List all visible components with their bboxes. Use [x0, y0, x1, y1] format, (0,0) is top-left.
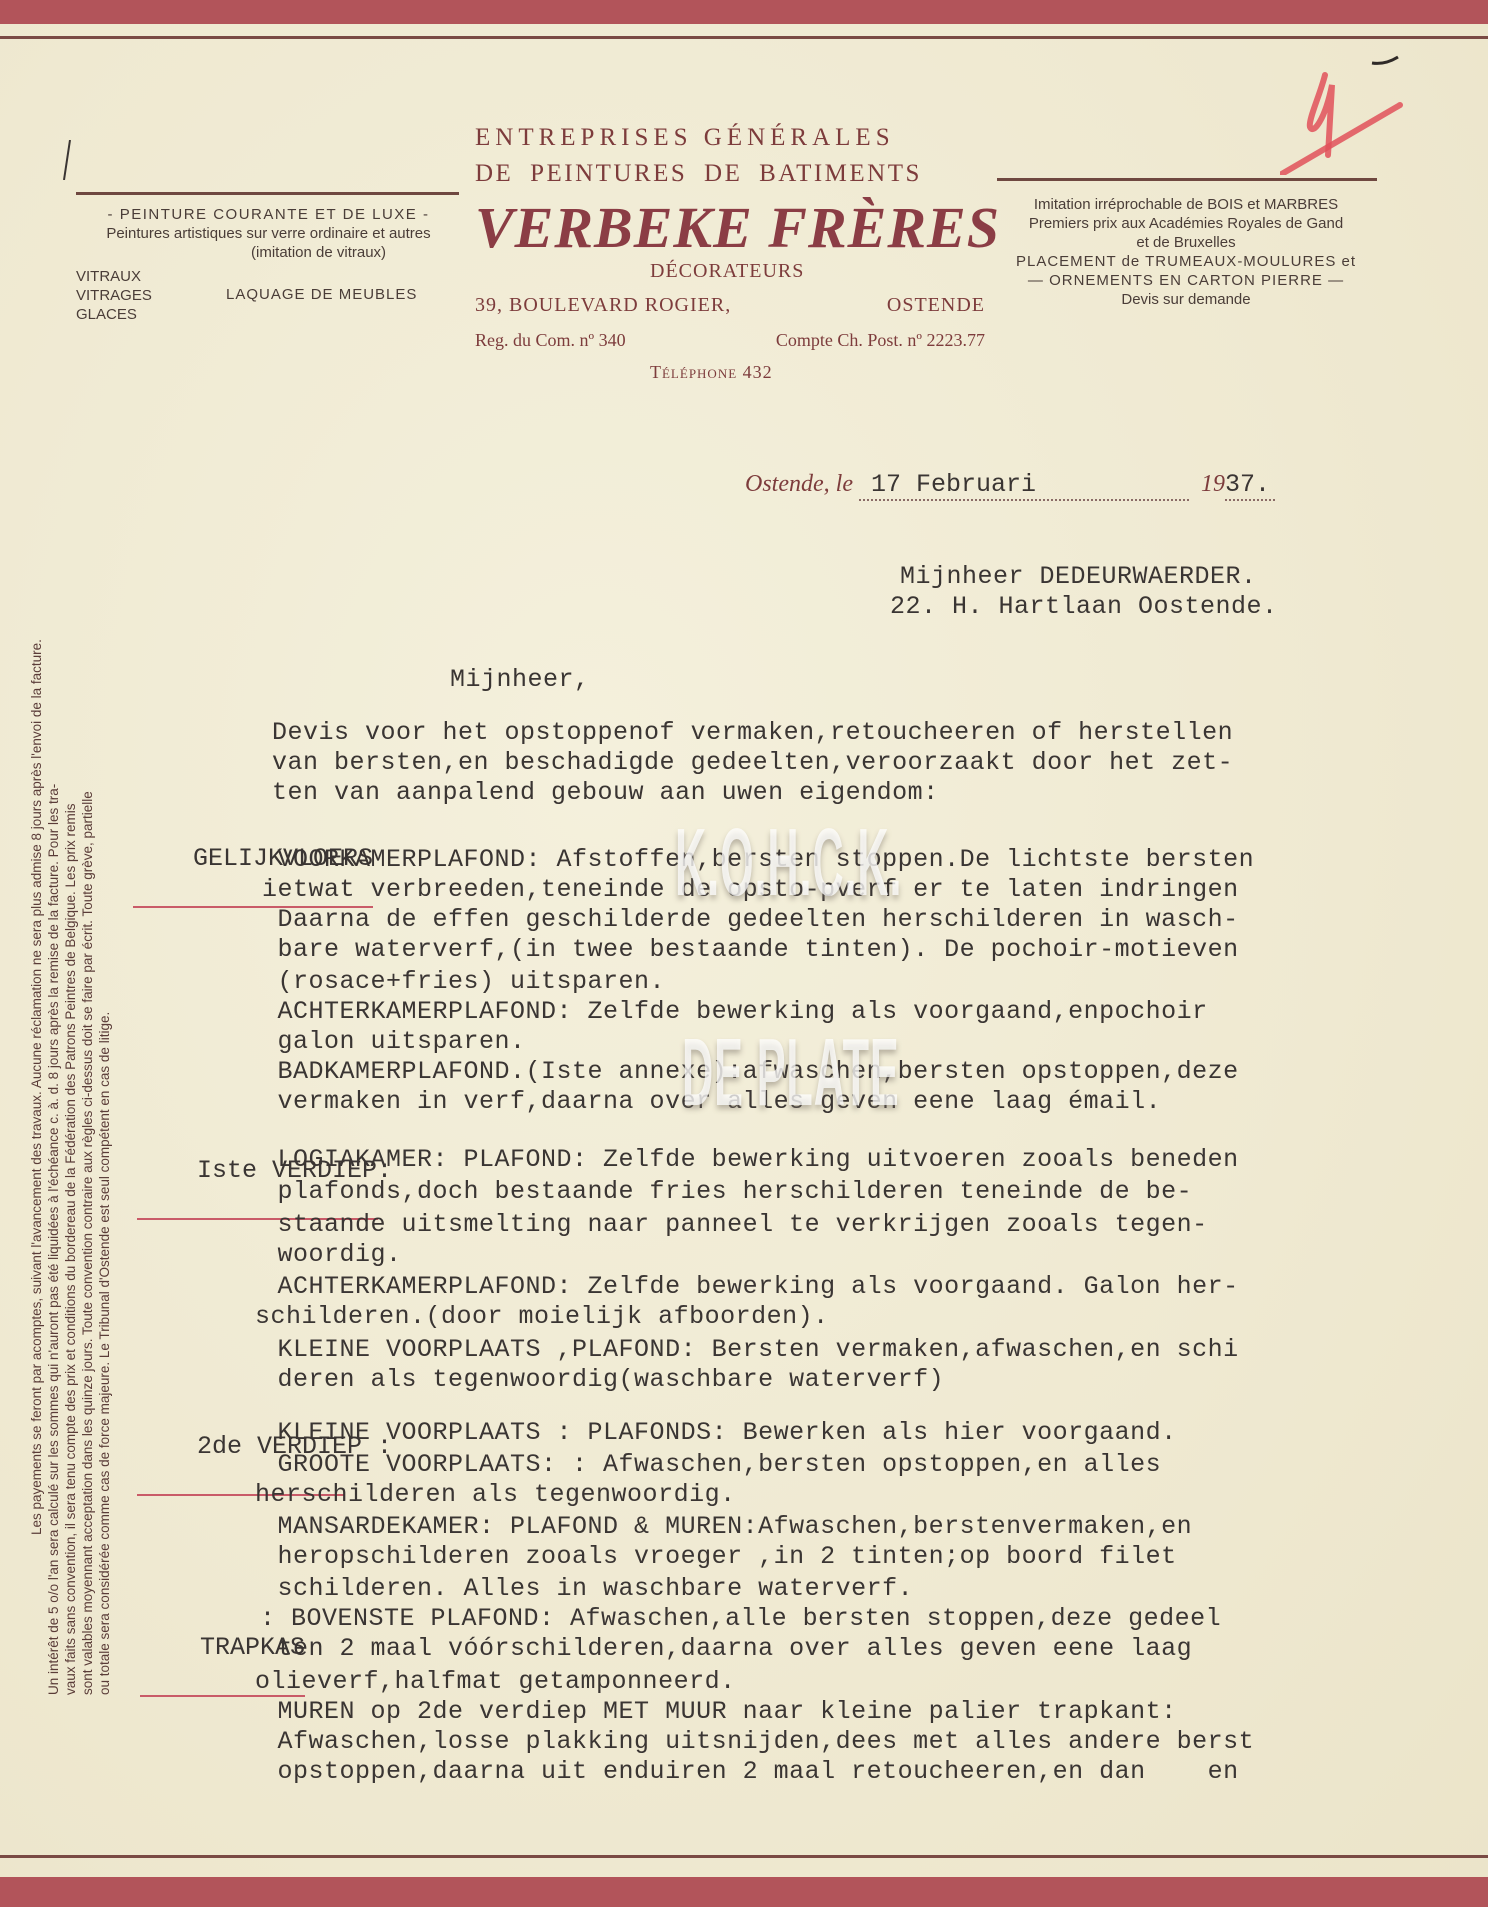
left-services-line3: (imitation de vitraux) [76, 243, 461, 262]
salutation: Mijnheer, [450, 665, 590, 694]
terms-line3: vaux faits sans convention, il sera tenu… [62, 515, 79, 1695]
red-pencil-mark-icon [1280, 65, 1420, 175]
recipient-address: 22. H. Hartlaan Oostende. [890, 592, 1278, 621]
left-services-line2: Peintures artistiques sur verre ordinair… [76, 224, 461, 243]
company-registration: Reg. du Com. nº 340 Compte Ch. Post. nº … [475, 330, 985, 351]
bottom-border-rule [0, 1855, 1488, 1858]
section-line: Afwaschen,losse plakking uitsnijden,dees… [262, 1727, 1254, 1756]
section-line: bare waterverf,(in twee bestaande tinten… [262, 935, 1239, 964]
section-line: schilderen.(door moielijk afboorden). [255, 1302, 829, 1331]
right-services-line5: — ORNEMENTS EN CARTON PIERRE — [995, 271, 1377, 290]
section-line: olieverf,halfmat getamponneerd. [255, 1667, 736, 1696]
terms-line4: sont valables moyennant acceptation dans… [79, 515, 96, 1695]
date-line: Ostende, le 17 Februari 1937. [745, 470, 1275, 501]
company-telephone: Téléphone 432 [650, 362, 773, 383]
corner-mark-icon [1370, 55, 1400, 65]
address-city: OSTENDE [887, 294, 985, 317]
date-century: 19 [1201, 471, 1225, 497]
service-glaces: GLACES [76, 305, 226, 324]
bottom-border-band [0, 1877, 1488, 1907]
date-year: 37. [1225, 470, 1270, 499]
watermark-top: K.O.H.C.K. [675, 808, 902, 918]
terms-line5: ou totale sera considérée comme cas de f… [96, 515, 113, 1695]
left-services-line1: - PEINTURE COURANTE ET DE LUXE - [76, 205, 461, 224]
terms-line2: Un intérêt de 5 o/o l'an sera calculé su… [45, 515, 62, 1695]
section-line: heropschilderen zooals vroeger ,in 2 tin… [262, 1542, 1177, 1571]
terms-line1: Les payements se feront par acomptes, su… [28, 515, 45, 1695]
scan-margin [0, 1907, 1488, 1920]
right-services-line6: Devis sur demande [995, 290, 1377, 309]
section-line: woordig. [262, 1240, 402, 1269]
section-line: (rosace+fries) uitsparen. [262, 967, 665, 996]
postal-account: Compte Ch. Post. nº 2223.77 [776, 330, 985, 351]
section-line: MANSARDEKAMER: PLAFOND & MUREN:Afwaschen… [262, 1512, 1192, 1541]
section-line: ten 2 maal vóórschilderen,daarna over al… [262, 1634, 1192, 1663]
watermark-bottom: DE PLATE [682, 1018, 900, 1128]
header-right-rule [997, 178, 1377, 181]
section-line: opstoppen,daarna uit enduiren 2 maal ret… [262, 1757, 1239, 1786]
company-title-line2: DE PEINTURES DE BATIMENTS [475, 160, 922, 188]
service-vitraux: VITRAUX [76, 267, 226, 286]
section-line: : BOVENSTE PLAFOND: Afwaschen,alle berst… [260, 1604, 1221, 1633]
company-address: 39, BOULEVARD ROGIER, OSTENDE [475, 294, 985, 317]
section-line: MUREN op 2de verdiep MET MUUR naar klein… [262, 1697, 1177, 1726]
section-line: LOGIAKAMER: PLAFOND: Zelfde bewerking ui… [262, 1145, 1239, 1174]
intro-line: ten van aanpalend gebouw aan uwen eigend… [272, 778, 939, 807]
pencil-tick-icon [62, 140, 72, 180]
right-services-line4: PLACEMENT de TRUMEAUX-MOULURES et [995, 252, 1377, 271]
date-prefix: Ostende, le [745, 471, 853, 497]
company-brand-name: VERBEKE FRÈRES [475, 194, 1000, 261]
intro-line: Devis voor het opstoppenof vermaken,reto… [272, 718, 1233, 747]
right-services-line1: Imitation irréprochable de BOIS et MARBR… [995, 195, 1377, 214]
date-day-month: 17 Februari [871, 470, 1036, 499]
section-line: staande uitsmelting naar panneel te verk… [262, 1210, 1208, 1239]
side-payment-terms: Les payements se feront par acomptes, su… [28, 515, 113, 1695]
intro-line: van bersten,en beschadigde gedeelten,ver… [272, 748, 1233, 777]
right-services-line2: Premiers prix aux Académies Royales de G… [995, 214, 1377, 233]
section-line: ACHTERKAMERPLAFOND: Zelfde bewerking als… [262, 1272, 1239, 1301]
letter-page: - PEINTURE COURANTE ET DE LUXE - Peintur… [0, 0, 1488, 1920]
section-line: galon uitsparen. [262, 1027, 526, 1056]
section-line: plafonds,doch bestaande fries herschilde… [262, 1177, 1192, 1206]
service-vitrages: VITRAGES [76, 286, 226, 305]
section-line: GROOTE VOORPLAATS: : Afwaschen,bersten o… [262, 1450, 1161, 1479]
right-services-line3: et de Bruxelles [995, 233, 1377, 252]
registry-number: Reg. du Com. nº 340 [475, 330, 626, 351]
section-line: KLEINE VOORPLAATS ,PLAFOND: Bersten verm… [262, 1335, 1239, 1364]
recipient-name: Mijnheer DEDEURWAERDER. [900, 562, 1257, 591]
header-left-rule [76, 192, 459, 195]
address-street: 39, BOULEVARD ROGIER, [475, 294, 731, 317]
company-subtitle: DÉCORATEURS [650, 260, 804, 283]
section-line: KLEINE VOORPLAATS : PLAFONDS: Bewerken a… [262, 1418, 1177, 1447]
section-line: deren als tegenwoordig(waschbare waterve… [262, 1365, 944, 1394]
company-title-line1: ENTREPRISES GÉNÉRALES [475, 124, 895, 152]
section-line: herschilderen als tegenwoordig. [255, 1480, 736, 1509]
left-services-list: VITRAUX VITRAGES GLACES [76, 267, 226, 324]
service-laquage: LAQUAGE DE MEUBLES [226, 267, 417, 324]
section-line: schilderen. Alles in waschbare waterverf… [262, 1574, 913, 1603]
top-border-rule [0, 36, 1488, 39]
left-services-block: - PEINTURE COURANTE ET DE LUXE - Peintur… [76, 205, 461, 324]
top-border-band [0, 0, 1488, 24]
right-services-block: Imitation irréprochable de BOIS et MARBR… [995, 195, 1377, 309]
